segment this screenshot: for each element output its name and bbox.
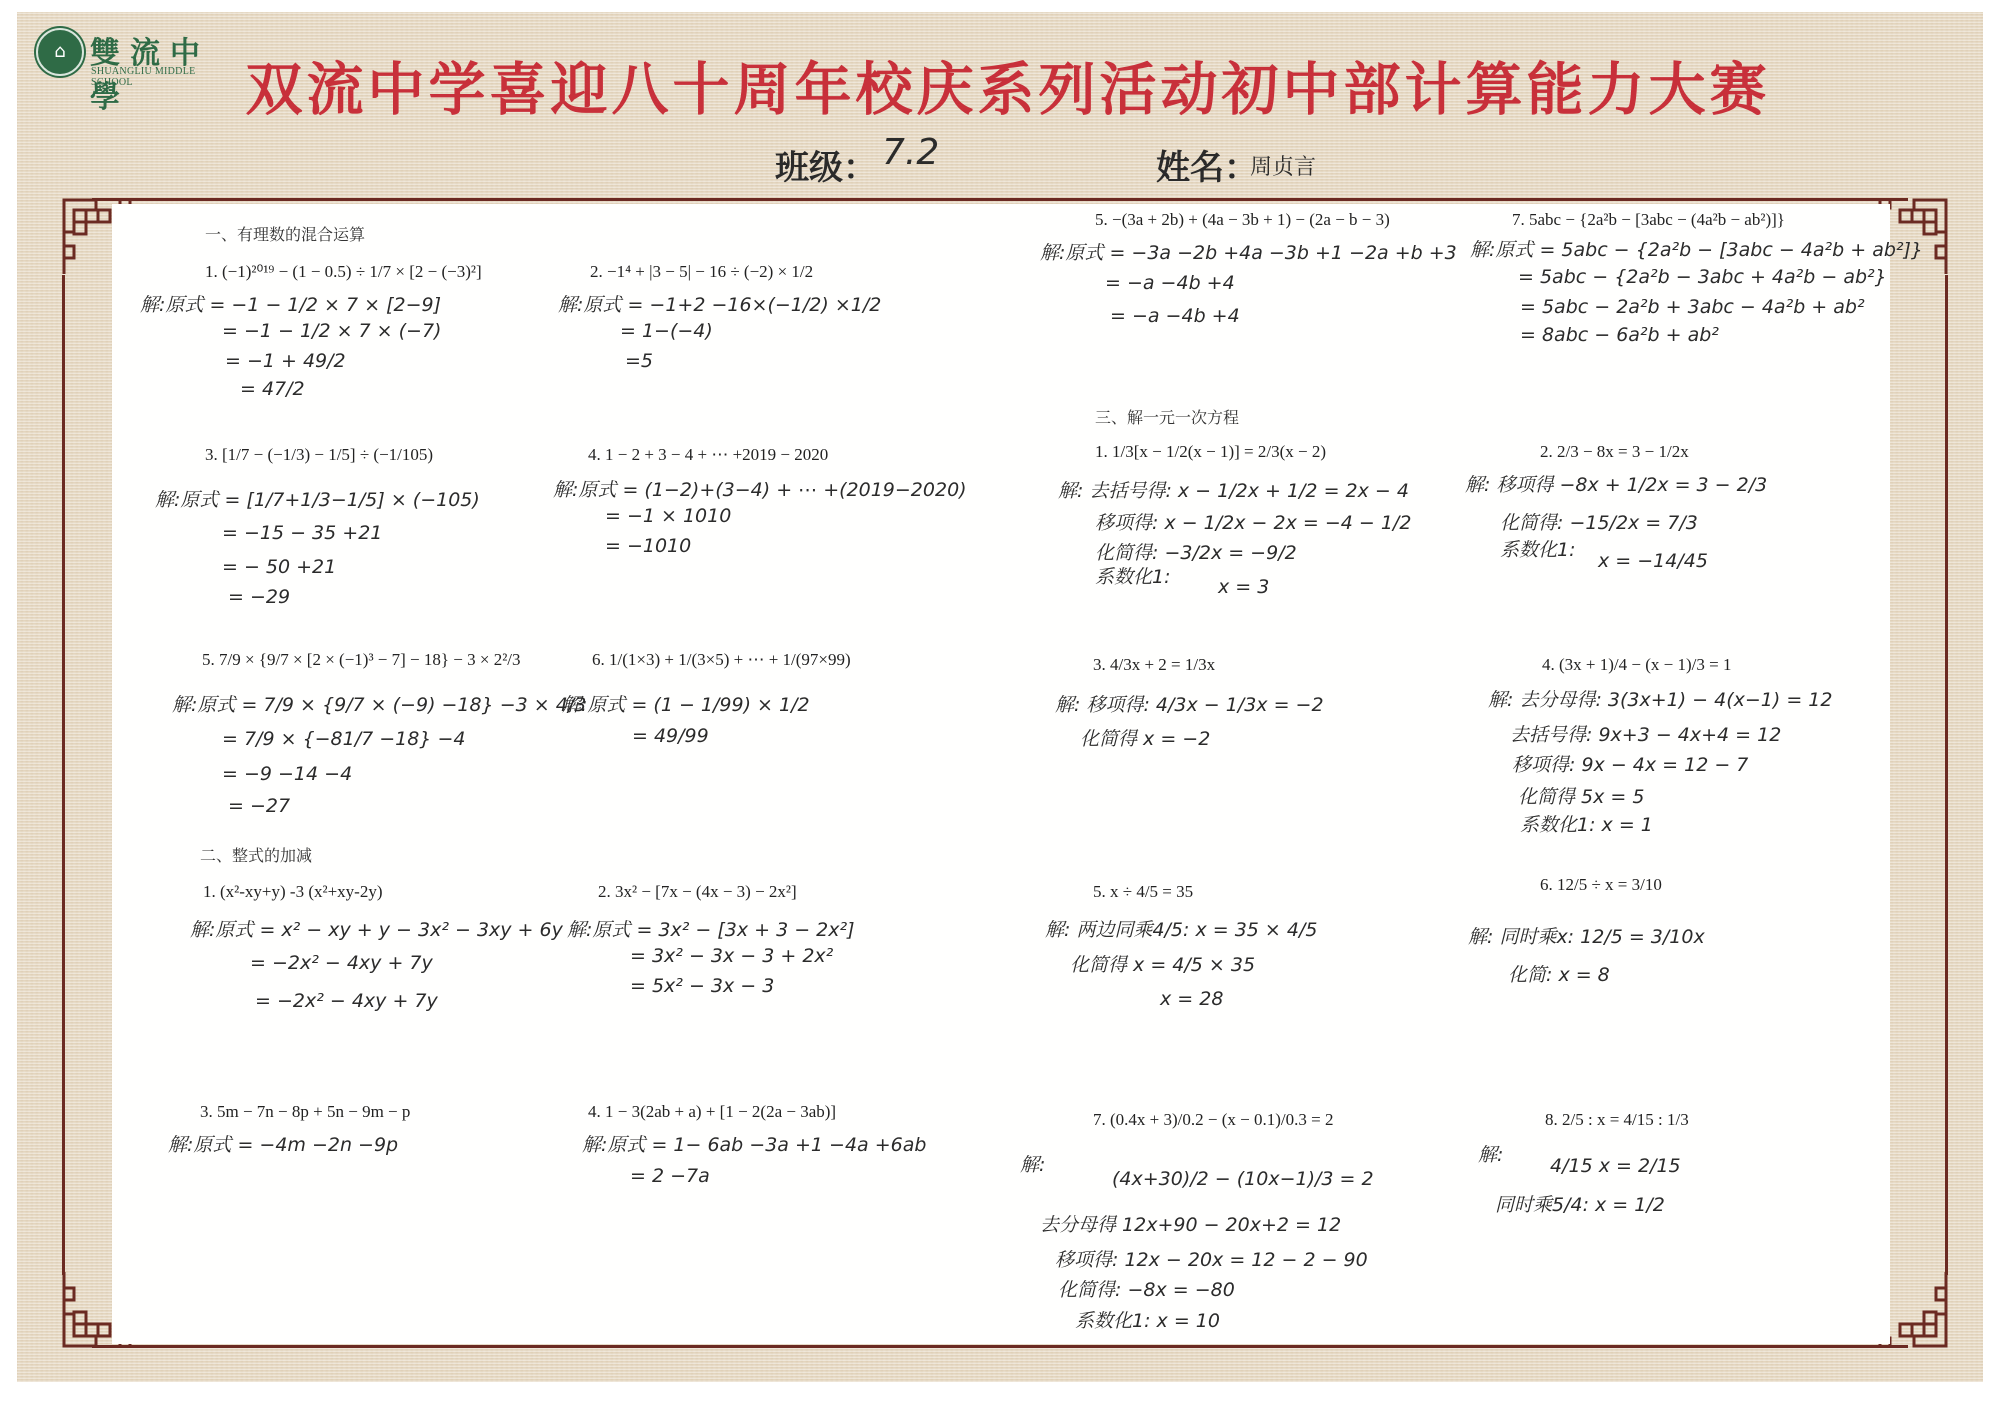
school-emblem-icon: ⌂ xyxy=(36,28,84,76)
school-name-en: SHUANGLIU MIDDLE SCHOOL xyxy=(91,66,236,88)
step: 同时乘5/4: x = 1/2 xyxy=(1495,1190,1665,1217)
step: = −27 xyxy=(228,795,290,817)
step: 去分母得 12x+90 − 20x+2 = 12 xyxy=(1040,1210,1341,1237)
step: = −1 + 49/2 xyxy=(225,350,346,372)
problem-2-7: 7. 5abc − {2a²b − [3abc − (4a²b − ab²)]} xyxy=(1512,210,1785,230)
frame-bottom-line xyxy=(92,1345,1908,1348)
step: 解:原式 = 5abc − {2a²b − [3abc − 4a²b + ab²… xyxy=(1470,235,1923,262)
problem-1-2: 2. −1⁴ + |3 − 5| − 16 ÷ (−2) × 1/2 xyxy=(590,262,813,282)
step: 解: 同时乘x: 12/5 = 3/10x xyxy=(1468,922,1705,949)
step: 解:原式 = −1+2 −16×(−1/2) ×1/2 xyxy=(558,290,881,317)
section-title-linear-equations: 三、解一元一次方程 xyxy=(1095,405,1239,428)
step: 解:原式 = −1 − 1/2 × 7 × [2−9] xyxy=(140,290,441,317)
step: 解: 去分母得: 3(3x+1) − 4(x−1) = 12 xyxy=(1488,685,1832,712)
problem-2-5: 5. −(3a + 2b) + (4a − 3b + 1) − (2a − b … xyxy=(1095,210,1390,230)
frame-left-line xyxy=(62,275,65,1275)
step: 化简得: −3/2x = −9/2 xyxy=(1095,538,1297,565)
problem-3-5: 5. x ÷ 4/5 = 35 xyxy=(1093,882,1193,902)
problem-3-7: 7. (0.4x + 3)/0.2 − (x − 0.1)/0.3 = 2 xyxy=(1093,1110,1333,1130)
step: = 47/2 xyxy=(240,378,305,400)
problem-2-2: 2. 3x² − [7x − (4x − 3) − 2x²] xyxy=(598,882,797,902)
step: 解: 移项得 −8x + 1/2x = 3 − 2/3 xyxy=(1465,470,1767,497)
step: 化简得 5x = 5 xyxy=(1518,782,1644,809)
step: 系数化1: x = 10 xyxy=(1075,1306,1220,1333)
problem-1-5: 5. 7/9 × {9/7 × [2 × (−1)³ − 7] − 18} − … xyxy=(202,650,521,670)
problem-1-1: 1. (−1)²⁰¹⁹ − (1 − 0.5) ÷ 1/7 × [2 − (−3… xyxy=(205,262,482,282)
step: x = −14/45 xyxy=(1598,550,1708,572)
problem-2-1: 1. (x²-xy+y) -3 (x²+xy-2y) xyxy=(203,882,383,902)
step: 解: 移项得: 4/3x − 1/3x = −2 xyxy=(1055,690,1324,717)
name-label: 姓名： xyxy=(1156,140,1258,189)
step: = −15 − 35 +21 xyxy=(222,522,382,544)
step: = 5abc − 2a²b + 3abc − 4a²b + ab² xyxy=(1520,296,1865,318)
step: = −9 −14 −4 xyxy=(222,763,352,785)
step: 解:原式 = (1−2)+(3−4) + ⋯ +(2019−2020) xyxy=(553,475,967,502)
step: = 49/99 xyxy=(632,725,709,747)
step: 系数化1: xyxy=(1500,535,1576,562)
step: 解:原式 = x² − xy + y − 3x² − 3xy + 6y xyxy=(190,915,563,942)
section-title-polynomial: 二、整式的加减 xyxy=(200,843,312,866)
problem-1-4: 4. 1 − 2 + 3 − 4 + ⋯ +2019 − 2020 xyxy=(588,445,828,465)
step: 4/15 x = 2/15 xyxy=(1550,1155,1681,1177)
problem-3-8: 8. 2/5 : x = 4/15 : 1/3 xyxy=(1545,1110,1689,1130)
problem-2-3: 3. 5m − 7n − 8p + 5n − 9m − p xyxy=(200,1102,410,1122)
step: = 8abc − 6a²b + ab² xyxy=(1520,324,1719,346)
problem-3-4: 4. (3x + 1)/4 − (x − 1)/3 = 1 xyxy=(1542,655,1731,675)
step: 解:原式 = 1− 6ab −3a +1 −4a +6ab xyxy=(582,1130,926,1157)
step: = 7/9 × {−81/7 −18} −4 xyxy=(222,728,465,750)
step: =5 xyxy=(625,350,653,372)
step: = 5abc − {2a²b − 3abc + 4a²b − ab²} xyxy=(1518,266,1887,288)
step: = 1−(−4) xyxy=(620,320,713,342)
step: 去括号得: 9x+3 − 4x+4 = 12 xyxy=(1510,720,1781,747)
step: 解:原式 = 3x² − [3x + 3 − 2x²] xyxy=(567,915,855,942)
step: = −1 − 1/2 × 7 × (−7) xyxy=(222,320,441,342)
step: = −2x² − 4xy + 7y xyxy=(255,990,438,1012)
step: = −29 xyxy=(228,586,290,608)
frame-right-line xyxy=(1945,275,1948,1275)
step: 化简: x = 8 xyxy=(1508,960,1610,987)
step: 解:原式 = 7/9 × {9/7 × (−9) −18} −3 × 4/3 xyxy=(172,690,586,717)
step: x = 28 xyxy=(1160,988,1223,1010)
problem-3-1: 1. 1/3[x − 1/2(x − 1)] = 2/3(x − 2) xyxy=(1095,442,1326,462)
problem-1-6: 6. 1/(1×3) + 1/(3×5) + ⋯ + 1/(97×99) xyxy=(592,650,851,670)
step: 解:原式 = −3a −2b +4a −3b +1 −2a +b +3 xyxy=(1040,238,1457,265)
step: 系数化1: xyxy=(1095,562,1171,589)
section-title-rational: 一、有理数的混合运算 xyxy=(205,222,365,245)
step: 移项得: 9x − 4x = 12 − 7 xyxy=(1512,750,1748,777)
step: = −a −4b +4 xyxy=(1105,272,1235,294)
problem-3-6: 6. 12/5 ÷ x = 3/10 xyxy=(1540,875,1662,895)
class-label: 班级： xyxy=(775,140,877,189)
frame-top-line xyxy=(92,198,1908,201)
step: = 5x² − 3x − 3 xyxy=(630,975,774,997)
step: 化简得 x = 4/5 × 35 xyxy=(1070,950,1255,977)
step: 系数化1: x = 1 xyxy=(1520,810,1653,837)
step: 解:原式 = (1 − 1/99) × 1/2 xyxy=(562,690,810,717)
step: 化简得: −15/2x = 7/3 xyxy=(1500,508,1698,535)
step: = −2x² − 4xy + 7y xyxy=(250,952,433,974)
step: 解: xyxy=(1020,1150,1045,1177)
step: 解: xyxy=(1478,1140,1503,1167)
class-value: 7.2 xyxy=(882,132,939,173)
step: = − 50 +21 xyxy=(222,556,336,578)
step: = −1010 xyxy=(605,535,691,557)
step: = −a −4b +4 xyxy=(1110,305,1240,327)
problem-3-2: 2. 2/3 − 8x = 3 − 1/2x xyxy=(1540,442,1689,462)
step: (4x+30)/2 − (10x−1)/3 = 2 xyxy=(1112,1168,1374,1190)
school-logo: ⌂ 雙流中學 SHUANGLIU MIDDLE SCHOOL xyxy=(36,28,236,80)
step: 化简得 x = −2 xyxy=(1080,724,1210,751)
step: = 2 −7a xyxy=(630,1165,710,1187)
page-title: 双流中学喜迎八十周年校庆系列活动初中部计算能力大赛 xyxy=(228,44,1788,126)
step: 化简得: −8x = −80 xyxy=(1058,1275,1235,1302)
step: 解: 两边同乘4/5: x = 35 × 4/5 xyxy=(1045,915,1317,942)
step: 解:原式 = −4m −2n −9p xyxy=(168,1130,398,1157)
step: 解:原式 = [1/7+1/3−1/5] × (−105) xyxy=(155,485,480,512)
name-value: 周贞言 xyxy=(1250,150,1316,181)
step: x = 3 xyxy=(1218,576,1269,598)
problem-1-3: 3. [1/7 − (−1/3) − 1/5] ÷ (−1/105) xyxy=(205,445,433,465)
step: = 3x² − 3x − 3 + 2x² xyxy=(630,945,833,967)
step: 解: 去括号得: x − 1/2x + 1/2 = 2x − 4 xyxy=(1058,476,1409,503)
step: = −1 × 1010 xyxy=(605,505,731,527)
problem-3-3: 3. 4/3x + 2 = 1/3x xyxy=(1093,655,1215,675)
step: 移项得: 12x − 20x = 12 − 2 − 90 xyxy=(1055,1245,1368,1272)
step: 移项得: x − 1/2x − 2x = −4 − 1/2 xyxy=(1095,508,1411,535)
problem-2-4: 4. 1 − 3(2ab + a) + [1 − 2(2a − 3ab)] xyxy=(588,1102,836,1122)
